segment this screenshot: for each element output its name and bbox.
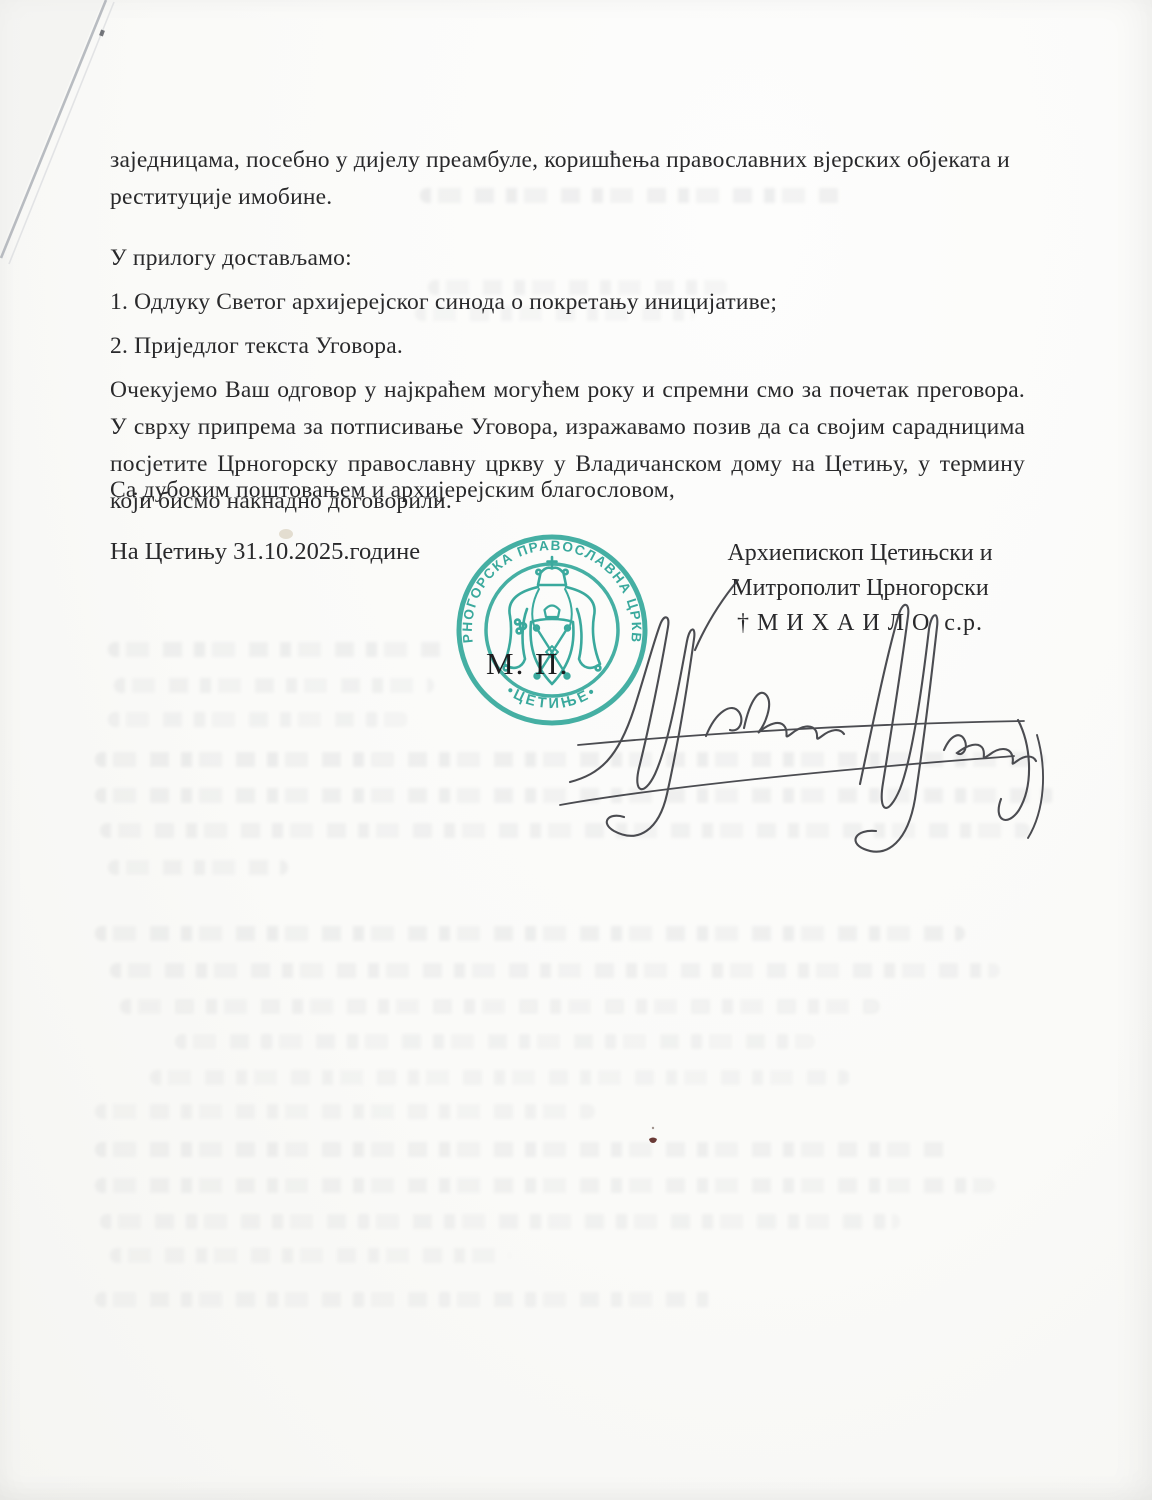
bleed-through-band — [95, 1178, 995, 1193]
scanned-letter-page: заједницама, посебно у дијелу преамбуле,… — [0, 0, 1152, 1500]
bleed-through-band — [95, 1142, 955, 1157]
bleed-through-band — [108, 642, 448, 657]
date-place-line: На Цетињу 31.10.2025.године — [110, 538, 420, 566]
page-fold-artifact — [0, 0, 140, 280]
bleed-through-band — [108, 860, 288, 875]
handwritten-signature — [548, 568, 1060, 872]
bleed-through-band — [108, 712, 408, 727]
bleed-through-band — [95, 1292, 715, 1307]
bleed-through-band — [95, 926, 965, 941]
ink-speck — [642, 1122, 664, 1148]
signatory-title-line1: Архиепископ Цетињски и — [695, 536, 1025, 571]
paragraph-opening-fragment: заједницама, посебно у дијелу преамбуле,… — [110, 142, 1025, 216]
bleed-through-band — [120, 999, 880, 1014]
paper-speck-stain — [276, 526, 296, 542]
bleed-through-band — [150, 1070, 850, 1085]
salutation-line: Са дубоким поштовањем и архијерејским бл… — [110, 472, 1025, 509]
bleed-through-band — [110, 1248, 510, 1263]
bleed-through-band — [100, 1214, 900, 1229]
bleed-through-band — [175, 1034, 815, 1049]
bleed-through-band — [110, 963, 1000, 978]
attachments-intro: У прилогу достављамо: — [110, 240, 1025, 277]
bleed-through-band — [95, 1104, 595, 1119]
attachment-item-2: 2. Приједлог текста Уговора. — [110, 328, 1025, 365]
bleed-through-band — [114, 678, 434, 693]
attachment-item-1: 1. Одлуку Светог архијерејског синода о … — [110, 284, 1025, 321]
